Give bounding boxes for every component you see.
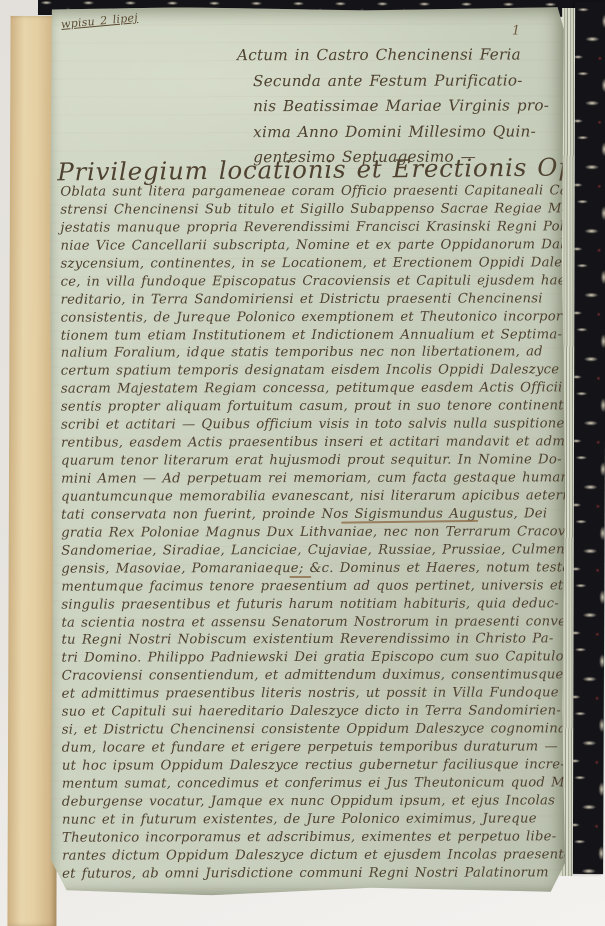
manuscript-line: ta scientia nostra et assensu Senatorum … <box>61 613 605 632</box>
manuscript-line: deburgense vocatur, Jamque ex nunc Oppid… <box>62 792 605 811</box>
manuscript-line: scribi et actitari — Quibus officium vis… <box>61 415 605 434</box>
manuscript-line: si, et Districtu Chencinensi consistente… <box>62 720 605 739</box>
manuscript-line: ce, in villa fundoque Episcopatus Cracov… <box>61 272 605 291</box>
manuscript-line: niae Vice Cancellarii subscripta, Nomine… <box>60 236 605 255</box>
manuscript-line: mini Amen — Ad perpetuam rei memoriam, c… <box>61 469 605 488</box>
book-cover-marbled <box>571 2 605 874</box>
manuscript-line: consistentis, de Jureque Polonico exempt… <box>61 308 605 327</box>
manuscript-line: szycensium, continentes, in se Locatione… <box>60 254 605 273</box>
manuscript-line: Cracoviensi consentiendum, et admittendu… <box>62 666 605 685</box>
manuscript-line: singulis praesentibus et futuris harum n… <box>61 595 605 614</box>
document-title: Privilegium locationis et Erectionis Opp… <box>57 153 562 187</box>
manuscript-page: wpisu 2 lipej 1 Actum in Castro Chencine… <box>49 6 566 895</box>
manuscript-line: reditario, in Terra Sandomiriensi et Dis… <box>61 290 605 309</box>
heading-line: Secunda ante Festum Purificatio- <box>253 68 549 94</box>
manuscript-line: Sandomeriae, Siradiae, Lanciciae, Cujavi… <box>61 541 605 560</box>
manuscript-line: mentumque facimus tenore praesentium ad … <box>61 577 605 596</box>
manuscript-line: jestatis manuque propria Reverendissimi … <box>60 218 605 237</box>
manuscript-line: tati conservata non fuerint, proinde Nos… <box>61 505 605 524</box>
heading-line: xima Anno Domini Millesimo Quin- <box>253 119 549 145</box>
photo-backdrop: wpisu 2 lipej 1 Actum in Castro Chencine… <box>0 0 605 926</box>
manuscript-line: tu Regni Nostri Nobiscum existentium Rev… <box>61 631 605 650</box>
manuscript-line: nunc et in futurum existentes, de Jure P… <box>62 810 605 829</box>
manuscript-body: Oblata sunt litera pargameneae coram Off… <box>60 182 605 883</box>
heading-line: Actum in Castro Chencinensi Feria <box>237 42 549 68</box>
manuscript-line: dum, locare et fundare et erigere perpet… <box>62 738 605 757</box>
heading-line: nis Beatissimae Mariae Virginis pro- <box>253 94 549 120</box>
manuscript-line: mentum sumat, concedimus et conferimus e… <box>62 774 605 793</box>
manuscript-line: ut hoc ipsum Oppidum Daleszyce rectius g… <box>62 756 605 775</box>
archival-note: wpisu 2 lipej <box>60 11 138 31</box>
manuscript-line: nalium Foralium, idque statis temporibus… <box>61 344 605 363</box>
datation-header: Actum in Castro Chencinensi FeriaSecunda… <box>237 42 549 171</box>
manuscript-line: Oblata sunt litera pargameneae coram Off… <box>60 182 605 201</box>
manuscript-line: gensis, Masoviae, Pomaraniaeque; &c. Dom… <box>61 559 605 578</box>
folio-number: 1 <box>512 23 521 38</box>
manuscript-line: quarum tenor literarum erat hujusmodi pr… <box>61 451 605 470</box>
manuscript-line: Theutonico incorporamus et adscribimus, … <box>62 828 605 847</box>
manuscript-line: strensi Chencinensi Sub titulo et Sigill… <box>60 200 605 219</box>
underline-etc <box>289 576 311 578</box>
manuscript-line: et futuros, ab omni Jurisdictione commun… <box>62 864 605 883</box>
manuscript-line: suo et Capituli sui haereditario Daleszy… <box>62 702 605 721</box>
manuscript-line: et admittimus praesentibus literis nostr… <box>62 684 605 703</box>
manuscript-line: quantumcunque memorabilia evanescant, ni… <box>61 487 605 506</box>
manuscript-line: sacram Majestatem Regiam concessa, petit… <box>61 379 605 398</box>
manuscript-line: sentis propter aliquam fortuitum casum, … <box>61 397 605 416</box>
manuscript-line: certum spatium temporis designatam eisde… <box>61 362 605 381</box>
manuscript-line: tri Domino. Philippo Padniewski Dei grat… <box>62 649 605 668</box>
manuscript-line: tionem tum etiam Institutionem et Indict… <box>61 326 605 345</box>
manuscript-line: rentibus, easdem Actis praesentibus inse… <box>61 433 605 452</box>
manuscript-line: gratia Rex Poloniae Magnus Dux Lithvania… <box>61 523 605 542</box>
manuscript-line: rantes dictum Oppidum Daleszyce dictum e… <box>62 846 605 865</box>
